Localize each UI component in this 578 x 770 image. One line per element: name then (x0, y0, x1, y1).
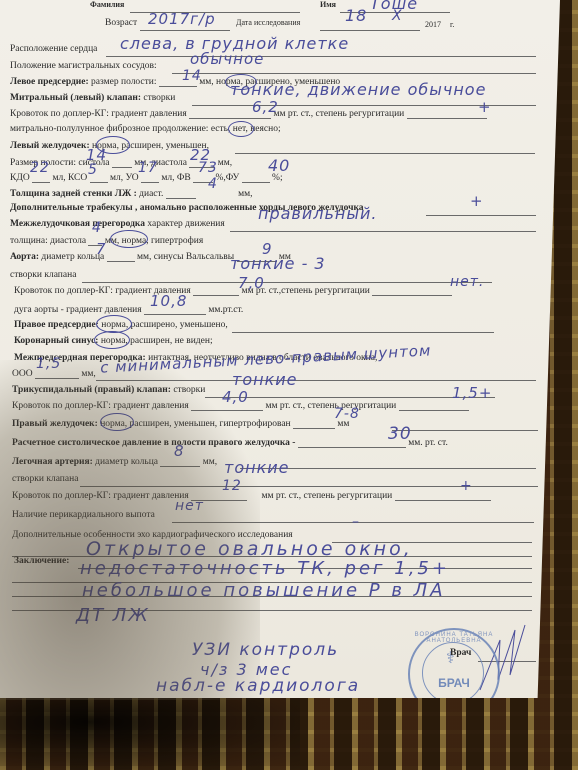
mitral-fibrous-text: митрально-полулунное фиброзное продолжен… (10, 124, 208, 134)
pulmonary-doppler-unit: мм рт. ст., степень регургитации (262, 491, 393, 501)
aortic-leaflets-line (82, 272, 492, 283)
date-year: 2017 (425, 20, 441, 29)
tricuspid-label: Трикуспидальный (правый) клапан: (12, 385, 171, 395)
recommendation-1: УЗИ контроль (192, 640, 339, 660)
rv-value: 7-8 (334, 406, 360, 422)
aortic-gradient-line (193, 285, 239, 296)
fu-value: 40 (268, 156, 290, 175)
pulmonary-label: Легочная артерия: (12, 457, 93, 467)
rv-pressure-label: Расчетное систолическое давление в полос… (12, 438, 295, 448)
ivs-thickness-row: толщина: диастола мм, норма, гипертрофия (10, 235, 203, 246)
mitral-regurg-line (407, 108, 487, 119)
pulmonary-leaflets-label: створки клапана (12, 474, 78, 484)
surname-label: Фамилия (90, 0, 124, 9)
ooo-unit: мм, (81, 369, 95, 379)
echo-report-form: Фамилия Имя Тоше Возраст 2017г/р Дата ис… (0, 0, 560, 698)
mitral-label: Митральный (левый) клапан: (10, 93, 141, 103)
fv-value: 73 (198, 160, 218, 176)
pulmonary-regurg-value: + (460, 478, 473, 494)
lv-wall-unit: мм, (238, 189, 252, 199)
rv-pressure-row: Расчетное систолическое давление в полос… (12, 437, 448, 448)
pulmonary-value: 8 (174, 442, 185, 460)
fu-label: %,ФУ (215, 173, 239, 183)
mitral-doppler-text: Кровоток по доплер-КГ: градиент давления (10, 109, 187, 119)
ivs-label: Межжелудочковая перегородка (10, 219, 145, 229)
kso-label: мл, КСО (52, 173, 87, 183)
lv-wall-value: 4 (208, 176, 218, 192)
tricuspid-regurg-value: 1,5+ (452, 384, 492, 402)
rv-label: Правый желудочек: (12, 419, 98, 429)
lv-line (235, 143, 535, 154)
pericardial-label: Наличие перикардиального выпота (12, 510, 155, 520)
date-day: 18 (345, 6, 367, 25)
uo-value: 17 (138, 160, 158, 176)
rv-extra-line (392, 420, 538, 431)
conclusion-text-3: небольшое повышение Р в ЛА (82, 580, 446, 601)
mitral-gradient-value: 6,2 (252, 98, 279, 116)
recommendation-3: набл-е кардиолога (156, 676, 360, 696)
pulmonary-regurg-line (395, 490, 491, 501)
lv-wall-line (166, 188, 196, 199)
age-value: 2017г/р (148, 10, 216, 28)
lv-label: Левый желудочек: (10, 141, 90, 151)
aortic-regurg-line (372, 285, 452, 296)
fv-label: мл, ФВ (161, 173, 190, 183)
pulmonary-doppler-text: Кровоток по доплер-КГ: градиент давления (12, 491, 189, 501)
aorta-ring-value: 7 (96, 240, 107, 258)
selection-circle (100, 413, 134, 431)
mitral-row: Митральный (левый) клапан: створки (10, 93, 175, 103)
kdo-value: 22 (30, 160, 50, 176)
ooo-label: ООО (12, 369, 33, 379)
conclusion-text-1: Открытое овальное окно, (86, 538, 413, 560)
selection-circle (110, 230, 148, 248)
fu-line (242, 172, 270, 183)
selection-circle (94, 331, 130, 349)
conclusion-text-4: ДТ ЛЖ (76, 605, 150, 626)
pulmonary-text: диаметр кольца (95, 457, 158, 467)
systole-line (112, 157, 132, 168)
aortic-arch-unit: мм.рт.ст. (208, 305, 243, 315)
aorta-label: Аорта: (10, 252, 39, 262)
heart-position-label: Расположение сердца (10, 44, 97, 54)
aortic-arch-row: дуга аорты - градиент давления мм.рт.ст. (14, 304, 243, 315)
selection-circle (228, 121, 254, 137)
stamp-center-text: БРАЧ (410, 676, 498, 690)
pulmonary-unit: мм, (203, 457, 217, 467)
coronary-sinus-label: Коронарный синус: (14, 336, 98, 346)
trabeculae-value: + (470, 192, 484, 210)
date-label: Дата исследования (236, 18, 300, 27)
lv-wall-text: диаст. (139, 189, 163, 199)
aorta-unit: мм, синусы Вальсальвы (137, 252, 234, 262)
ivs-text: характер движения (147, 219, 224, 229)
pulmonary-gradient-value: 12 (222, 478, 242, 494)
left-atrium-text: размер полости: (91, 77, 156, 87)
conclusion-text-2: недостаточность ТК, рег 1,5+ (80, 558, 450, 579)
rv-row: Правый желудочек: норма, расширен, умень… (12, 418, 349, 429)
stamp-ring-text: ВОРОНИНА ТАТЬЯНА АНАТОЛЬЕВНА (414, 632, 494, 644)
ivs-thickness-value: 4 (92, 220, 102, 236)
ivs-value: правильный. (258, 204, 377, 223)
aortic-leaflets-value: тонкие - 3 (230, 254, 326, 273)
aorta-text: диаметр кольца (41, 252, 104, 262)
uo-label: мл, УО (110, 173, 139, 183)
mitral-value: тонкие, движение обычное (230, 80, 486, 99)
aortic-doppler-row: Кровоток по доплер-КГ: градиент давления… (14, 285, 452, 296)
age-label: Возраст (105, 18, 137, 28)
tricuspid-value: тонкие (232, 370, 297, 389)
pulmonary-leaflets-value: тонкие (224, 458, 289, 477)
kdo-label: КДО (10, 173, 30, 183)
rv-pressure-value: 30 (388, 424, 412, 444)
ooo-value: 1,5 (36, 356, 61, 372)
pulmonary-row: Легочная артерия: диаметр кольца мм, (12, 456, 217, 467)
mitral-doppler-unit: мм рт. ст., степень регургитации (274, 109, 405, 119)
aortic-regurg-value: нет. (450, 274, 484, 290)
right-atrium-line (232, 322, 494, 333)
aortic-leaflets-label: створки клапана (10, 270, 76, 280)
additional-value: – (352, 514, 360, 530)
aortic-arch-value: 10,8 (150, 292, 187, 310)
shadow (0, 690, 300, 770)
aorta-ring-line (107, 251, 135, 262)
mitral-regurg-value: + (478, 98, 492, 116)
great-vessels-label: Положение магистральных сосудов: (10, 61, 157, 71)
rv-line (293, 418, 335, 429)
date-month: X (392, 8, 403, 24)
right-atrium-label: Правое предсердие: (14, 320, 99, 330)
date-line (320, 20, 420, 31)
tricuspid-doppler-text: Кровоток по доплер-КГ: градиент давления (12, 401, 189, 411)
name-label: Имя (320, 0, 336, 9)
great-vessels-value: обычное (190, 50, 264, 68)
pulmonary-doppler-row: Кровоток по доплер-КГ: градиент давления… (12, 490, 491, 501)
lv-wall-label: Толщина задней стенки ЛЖ : (10, 189, 137, 199)
tricuspid-gradient-value: 4,0 (222, 388, 249, 406)
mitral-text: створки (143, 93, 175, 103)
mitral-doppler-row: Кровоток по доплер-КГ: градиент давления… (10, 108, 487, 119)
kso-value: 5 (88, 162, 98, 178)
aortic-gradient-value: 7,0 (238, 274, 265, 292)
conclusion-label: Заключение: (14, 556, 69, 566)
left-atrium-label: Левое предсердие: (10, 77, 89, 87)
pericardial-value: нет (175, 498, 204, 514)
tricuspid-doppler-unit: мм рт. ст., степень регургитации (266, 401, 397, 411)
lv-size-unit2: мм, (218, 158, 232, 168)
ivs-thickness-text: толщина: диастола (10, 236, 86, 246)
rv-pressure-unit: мм. рт. ст. (408, 438, 448, 448)
tricuspid-row: Трикуспидальный (правый) клапан: створки (12, 385, 205, 395)
tricuspid-text: створки (173, 385, 205, 395)
year-suffix: г. (450, 20, 454, 29)
caduceus-icon: ⚕ (446, 648, 455, 668)
aortic-arch-text: дуга аорты - градиент давления (14, 305, 142, 315)
left-atrium-value: 14 (182, 68, 202, 84)
ivs-row: Межжелудочковая перегородка характер дви… (10, 219, 225, 229)
